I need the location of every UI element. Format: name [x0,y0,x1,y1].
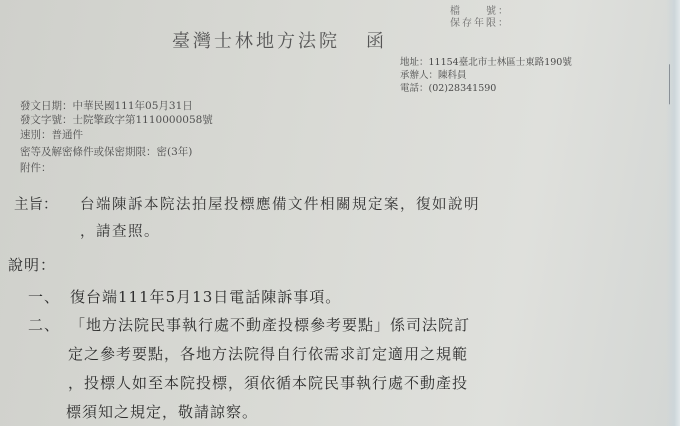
item-1-number: 一、 [28,286,60,307]
item-2-line-4: 標須知之規定，敬請諒察。 [66,401,258,422]
retention-period-label: 保存年限： [450,14,510,29]
document-title: 臺灣士林地方法院函 [172,27,387,53]
subject-line-2: ，請查照。 [80,220,160,241]
attachment-label: 附件： [20,160,52,175]
item-2-line-1: 「地方法院民事執行處不動產投標參考要點」係司法院訂 [70,314,470,335]
edge-mark [669,59,678,104]
court-name: 臺灣士林地方法院 [172,31,340,52]
item-1-line-1: 復台端111年5月13日電話陳訴事項。 [70,286,341,307]
delivery-speed: 速別：普通件 [20,127,83,142]
secrecy-level: 密等及解密條件或保密期限：密(3年) [20,144,192,159]
issue-date: 發文日期：中華民國111年05月31日 [20,98,193,113]
item-2-number: 二、 [28,314,60,335]
document-number: 發文字號：士院擎政字第1110000058號 [20,112,213,127]
phone: 電話：(02)28341590 [400,80,496,94]
handler: 承辦人：陳科員 [400,67,467,81]
explanation-label: 說明： [8,254,56,275]
subject-line-1: 台端陳訴本院法拍屋投標應備文件相關規定案，復如說明 [80,193,480,214]
subject-label: 主旨： [14,193,58,214]
document-page: 檔 號： 保存年限： 臺灣士林地方法院函 地址：11154臺北市士林區士東路19… [0,0,680,426]
address: 地址：11154臺北市士林區士東路190號 [400,54,572,68]
item-2-line-2: 定之參考要點，各地方法院得自行依需求訂定適用之規範 [68,343,468,364]
item-2-line-3: ，投標人如至本院投標，須依循本院民事執行處不動產投 [68,372,468,393]
document-kind: 函 [366,31,387,52]
